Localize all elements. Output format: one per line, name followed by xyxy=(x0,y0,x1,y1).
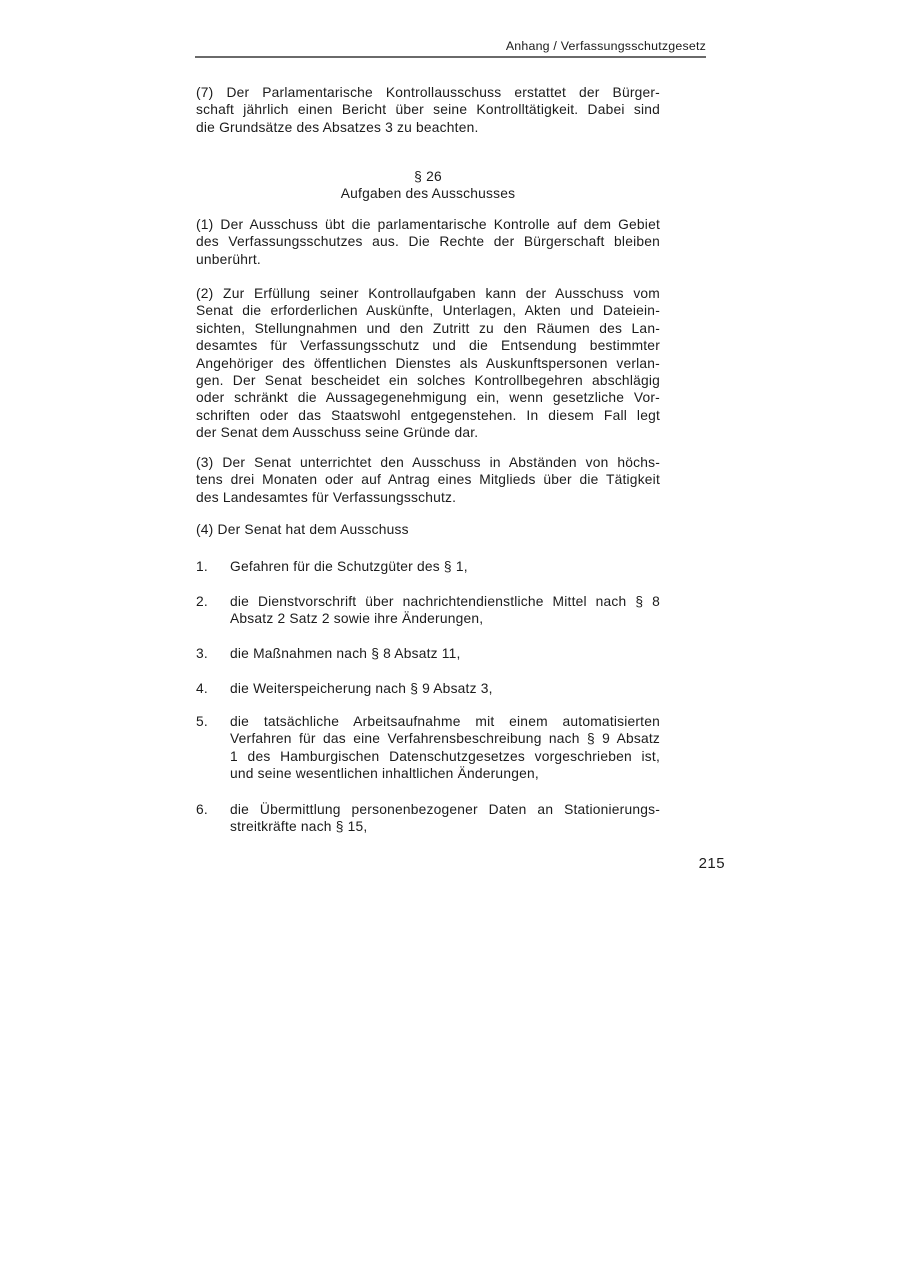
paragraph-1: (1) Der Ausschuss übt die parlamentarisc… xyxy=(196,216,660,268)
section-number: § 26 xyxy=(196,168,660,185)
text-line: unberührt. xyxy=(196,251,660,268)
text-line: (1) Der Ausschuss übt die parlamentarisc… xyxy=(196,216,660,233)
text-line: die Übermittlung personenbezogener Daten… xyxy=(230,801,660,818)
text-line: gen. Der Senat bescheidet ein solches Ko… xyxy=(196,372,660,389)
list-item-5-text: die tatsächliche Arbeitsaufnahme mit ein… xyxy=(230,713,660,783)
paragraph-7: (7) Der Parlamentarische Kontrollausschu… xyxy=(196,84,660,136)
text-line: 1 des Hamburgischen Datenschutzgesetzes … xyxy=(230,748,660,765)
text-line: die Maßnahmen nach § 8 Absatz 11, xyxy=(230,645,660,662)
list-item-2-number: 2. xyxy=(196,593,208,610)
page: Anhang / Verfassungsschutzgesetz (7) Der… xyxy=(0,0,900,1273)
text-line: die Grundsätze des Absatzes 3 zu beachte… xyxy=(196,119,660,136)
text-line: der Senat dem Ausschuss seine Gründe dar… xyxy=(196,424,660,441)
list-item-5: 5. die tatsächliche Arbeitsaufnahme mit … xyxy=(196,713,660,783)
text-line: (3) Der Senat unterrichtet den Ausschuss… xyxy=(196,454,660,471)
running-header: Anhang / Verfassungsschutzgesetz xyxy=(196,39,706,54)
paragraph-4: (4) Der Senat hat dem Ausschuss xyxy=(196,521,660,538)
list-item-4: 4. die Weiterspeicherung nach § 9 Absatz… xyxy=(196,680,660,697)
text-line: Angehöriger des öffentlichen Dienstes al… xyxy=(196,355,660,372)
section-title: Aufgaben des Ausschusses xyxy=(196,185,660,202)
text-line: die Weiterspeicherung nach § 9 Absatz 3, xyxy=(230,680,660,697)
text-line: die tatsächliche Arbeitsaufnahme mit ein… xyxy=(230,713,660,730)
list-item-2: 2. die Dienstvorschrift über nachrichten… xyxy=(196,593,660,628)
text-line: (2) Zur Erfüllung seiner Kontrollaufgabe… xyxy=(196,285,660,302)
text-line: Verfahren für das eine Verfahrensbeschre… xyxy=(230,730,660,747)
text-line: schriften oder das Staatswohl entgegenst… xyxy=(196,407,660,424)
header-rule xyxy=(195,56,706,58)
text-line: sichten, Stellungnahmen und den Zutritt … xyxy=(196,320,660,337)
text-line: (4) Der Senat hat dem Ausschuss xyxy=(196,521,660,538)
text-line: des Landesamtes für Verfassungsschutz. xyxy=(196,489,660,506)
list-item-4-text: die Weiterspeicherung nach § 9 Absatz 3, xyxy=(230,680,660,697)
list-item-3: 3. die Maßnahmen nach § 8 Absatz 11, xyxy=(196,645,660,662)
text-line: Absatz 2 Satz 2 sowie ihre Änderungen, xyxy=(230,610,660,627)
list-item-4-number: 4. xyxy=(196,680,208,697)
text-line: streitkräfte nach § 15, xyxy=(230,818,660,835)
text-line: des Verfassungsschutzes aus. Die Rechte … xyxy=(196,233,660,250)
text-line: die Dienstvorschrift über nachrichtendie… xyxy=(230,593,660,610)
paragraph-3: (3) Der Senat unterrichtet den Ausschuss… xyxy=(196,454,660,506)
list-item-1: 1. Gefahren für die Schutzgüter des § 1, xyxy=(196,558,660,575)
list-item-6: 6. die Übermittlung personenbezogener Da… xyxy=(196,801,660,836)
text-line: und seine wesentlichen inhaltlichen Ände… xyxy=(230,765,660,782)
page-number: 215 xyxy=(196,855,725,873)
list-item-1-number: 1. xyxy=(196,558,208,575)
text-line: oder schränkt die Aussagegenehmigung ein… xyxy=(196,389,660,406)
section-heading: § 26 Aufgaben des Ausschusses xyxy=(196,168,660,203)
text-line: (7) Der Parlamentarische Kontrollausschu… xyxy=(196,84,660,101)
text-line: tens drei Monaten oder auf Antrag eines … xyxy=(196,471,660,488)
list-item-6-number: 6. xyxy=(196,801,208,818)
list-item-3-number: 3. xyxy=(196,645,208,662)
text-line: schaft jährlich einen Bericht über seine… xyxy=(196,101,660,118)
list-item-1-text: Gefahren für die Schutzgüter des § 1, xyxy=(230,558,660,575)
text-line: desamtes für Verfassungsschutz und die E… xyxy=(196,337,660,354)
list-item-2-text: die Dienstvorschrift über nachrichtendie… xyxy=(230,593,660,628)
paragraph-2: (2) Zur Erfüllung seiner Kontrollaufgabe… xyxy=(196,285,660,442)
text-line: Senat die erforderlichen Auskünfte, Unte… xyxy=(196,302,660,319)
text-line: Gefahren für die Schutzgüter des § 1, xyxy=(230,558,660,575)
list-item-3-text: die Maßnahmen nach § 8 Absatz 11, xyxy=(230,645,660,662)
list-item-6-text: die Übermittlung personenbezogener Daten… xyxy=(230,801,660,836)
list-item-5-number: 5. xyxy=(196,713,208,730)
